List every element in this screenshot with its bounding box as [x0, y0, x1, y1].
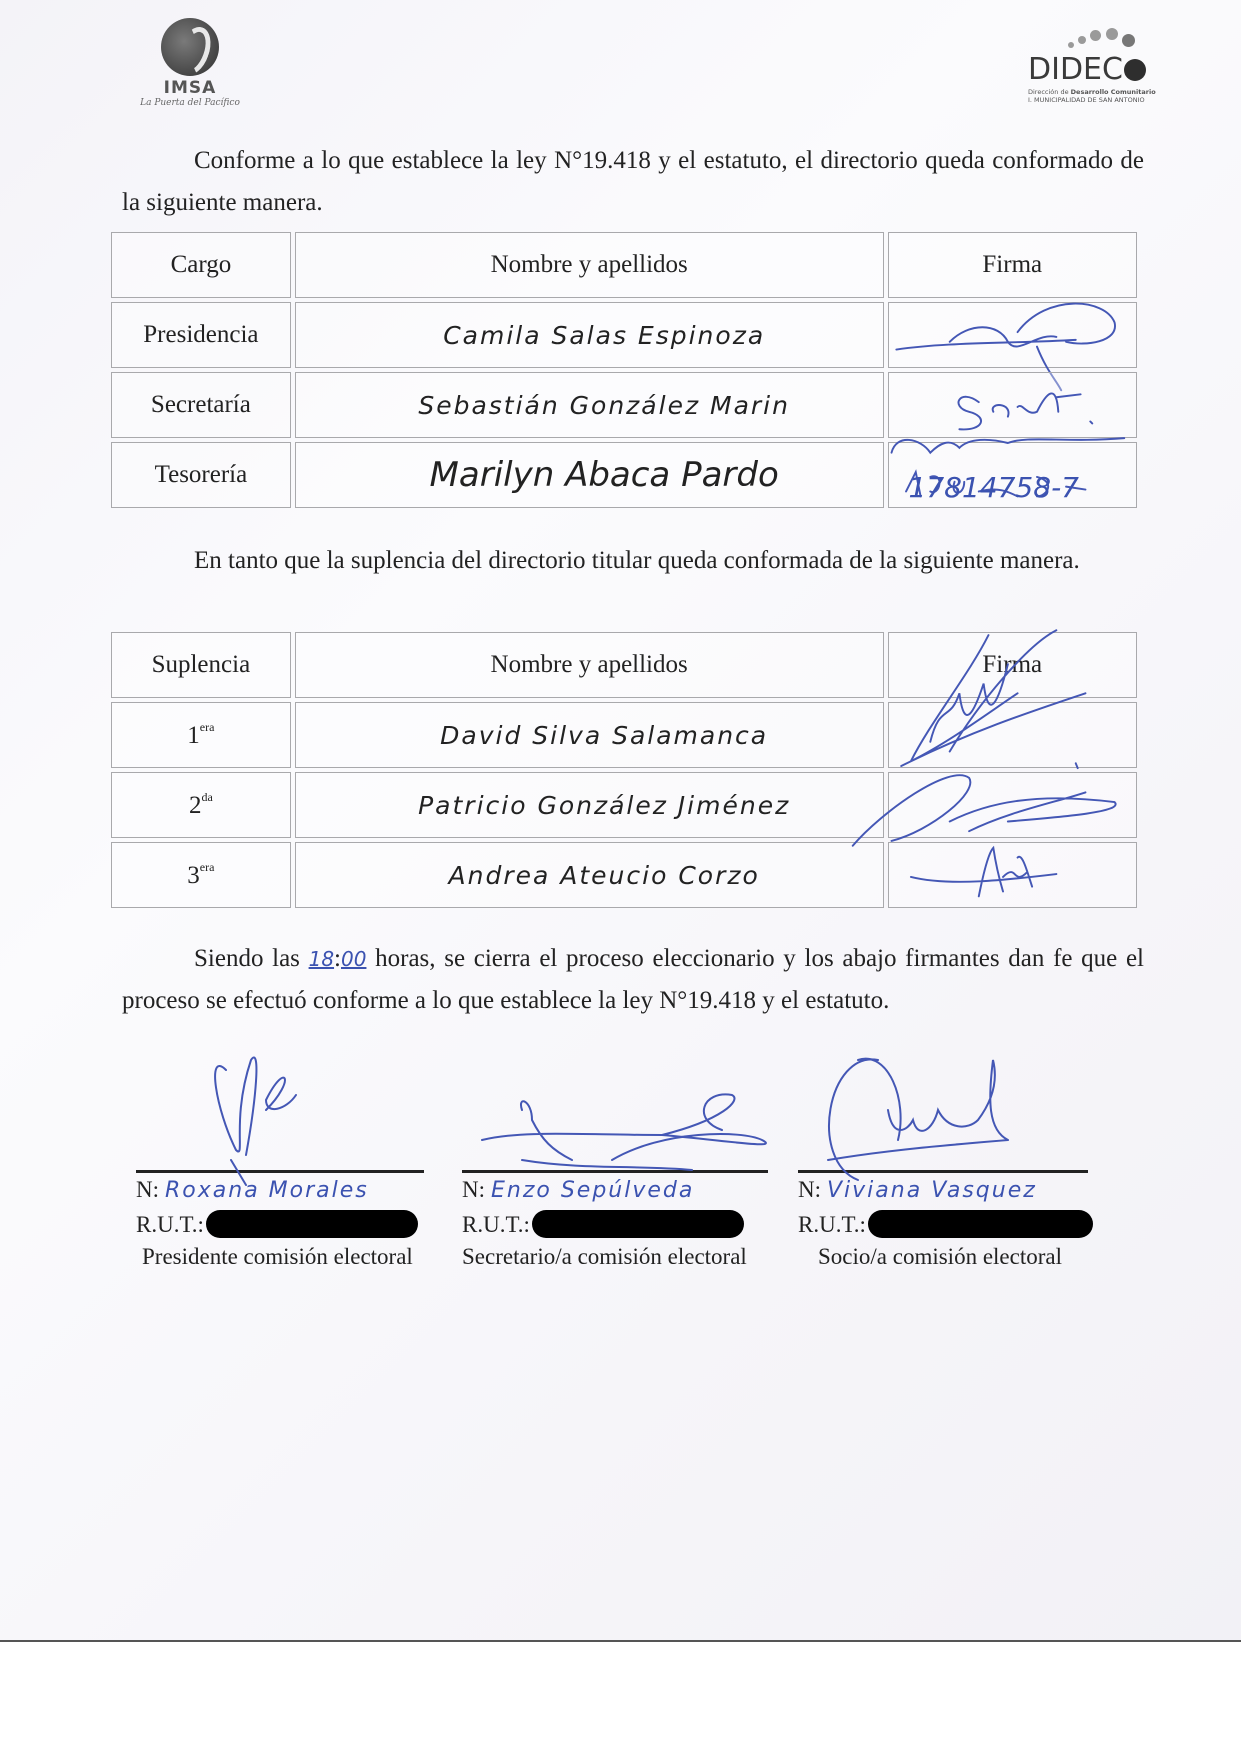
suplencia-paragraph: En tanto que la suplencia del directorio… — [122, 540, 1144, 582]
signature-icon — [889, 773, 1136, 837]
table-row: 1era David Silva Salamanca — [111, 702, 1137, 768]
cargo-cell: Tesorería — [111, 442, 291, 508]
signature-icon — [136, 1040, 436, 1190]
suplencia-order-cell: 3era — [111, 842, 291, 908]
signature-icon — [889, 843, 1136, 907]
header-firma: Firma — [888, 232, 1137, 298]
rut-row: R.U.T.: — [798, 1208, 1098, 1242]
signatory-secretary: N:Enzo Sepúlveda R.U.T.: Secretario/a co… — [462, 1040, 762, 1272]
role-caption: Secretario/a comisión electoral — [462, 1242, 762, 1272]
nombre-cell: Sebastián González Marin — [295, 372, 884, 438]
header-firma: Firma — [888, 632, 1137, 698]
imsa-logo-tagline: La Puerta del Pacífico — [125, 98, 255, 108]
minute-field: 00 — [341, 947, 366, 971]
redacted-rut — [532, 1210, 744, 1238]
signature-icon — [798, 1040, 1098, 1190]
margin-annotation: 17814758-7 — [909, 471, 1079, 504]
suplencia-order-cell: 1era — [111, 702, 291, 768]
suplencia-order-cell: 2da — [111, 772, 291, 838]
table-row: 2da Patricio González Jiménez — [111, 772, 1137, 838]
cargo-cell: Secretaría — [111, 372, 291, 438]
signature-icon — [889, 303, 1136, 367]
hour-field: 18 — [309, 947, 334, 971]
role-caption: Socio/a comisión electoral — [818, 1242, 1098, 1272]
nombre-cell: Camila Salas Espinoza — [295, 302, 884, 368]
dideco-logo-name: DIDEC — [1028, 52, 1146, 87]
header-suplencia: Suplencia — [111, 632, 291, 698]
dideco-logo-icon — [1124, 59, 1146, 81]
imsa-emblem-icon — [161, 18, 219, 76]
suplencia-table: Suplencia Nombre y apellidos Firma 1era … — [107, 628, 1141, 912]
imsa-logo: IMSA La Puerta del Pacífico — [125, 18, 255, 118]
table-row: Presidencia Camila Salas Espinoza — [111, 302, 1137, 368]
rut-row: R.U.T.: — [136, 1208, 436, 1242]
signature-icon — [889, 703, 1136, 767]
nombre-cell: David Silva Salamanca — [295, 702, 884, 768]
dideco-logo-subtitle: Dirección de Desarrollo Comunitario I. M… — [1028, 88, 1168, 104]
signature-icon — [889, 373, 1136, 437]
table-row: 3era Andrea Ateucio Corzo — [111, 842, 1137, 908]
signatory-president: N:Roxana Morales R.U.T.: Presidente comi… — [136, 1040, 436, 1272]
table-header-row: Cargo Nombre y apellidos Firma — [111, 232, 1137, 298]
nombre-cell: Patricio González Jiménez — [295, 772, 884, 838]
dideco-dots-icon — [1068, 24, 1158, 52]
firma-cell — [888, 302, 1137, 368]
nombre-cell: Marilyn Abaca Pardo — [295, 442, 884, 508]
signature-icon — [462, 1040, 782, 1190]
dideco-logo: DIDEC Dirección de Desarrollo Comunitari… — [1028, 22, 1158, 112]
redacted-rut — [206, 1210, 418, 1238]
firma-cell — [888, 842, 1137, 908]
cargo-cell: Presidencia — [111, 302, 291, 368]
document-page: IMSA La Puerta del Pacífico DIDEC Direcc… — [0, 0, 1241, 1642]
table-row: Tesorería Marilyn Abaca Pardo 17814758-7 — [111, 442, 1137, 508]
firma-cell — [888, 772, 1137, 838]
signatory-member: N:Viviana Vasquez R.U.T.: Socio/a comisi… — [798, 1040, 1098, 1272]
redacted-rut — [868, 1210, 1093, 1238]
rut-row: R.U.T.: — [462, 1208, 762, 1242]
firma-cell: 17814758-7 — [888, 442, 1137, 508]
header-cargo: Cargo — [111, 232, 291, 298]
table-row: Secretaría Sebastián González Marin — [111, 372, 1137, 438]
firma-cell — [888, 372, 1137, 438]
role-caption: Presidente comisión electoral — [142, 1242, 436, 1272]
intro-paragraph: Conforme a lo que establece la ley N°19.… — [122, 140, 1144, 224]
imsa-logo-name: IMSA — [125, 78, 255, 98]
header-nombre: Nombre y apellidos — [295, 232, 884, 298]
table-header-row: Suplencia Nombre y apellidos Firma — [111, 632, 1137, 698]
firma-cell — [888, 702, 1137, 768]
closing-paragraph: Siendo las 18:00 horas, se cierra el pro… — [122, 938, 1144, 1022]
header-nombre: Nombre y apellidos — [295, 632, 884, 698]
nombre-cell: Andrea Ateucio Corzo — [295, 842, 884, 908]
directorio-table: Cargo Nombre y apellidos Firma Presidenc… — [107, 228, 1141, 512]
